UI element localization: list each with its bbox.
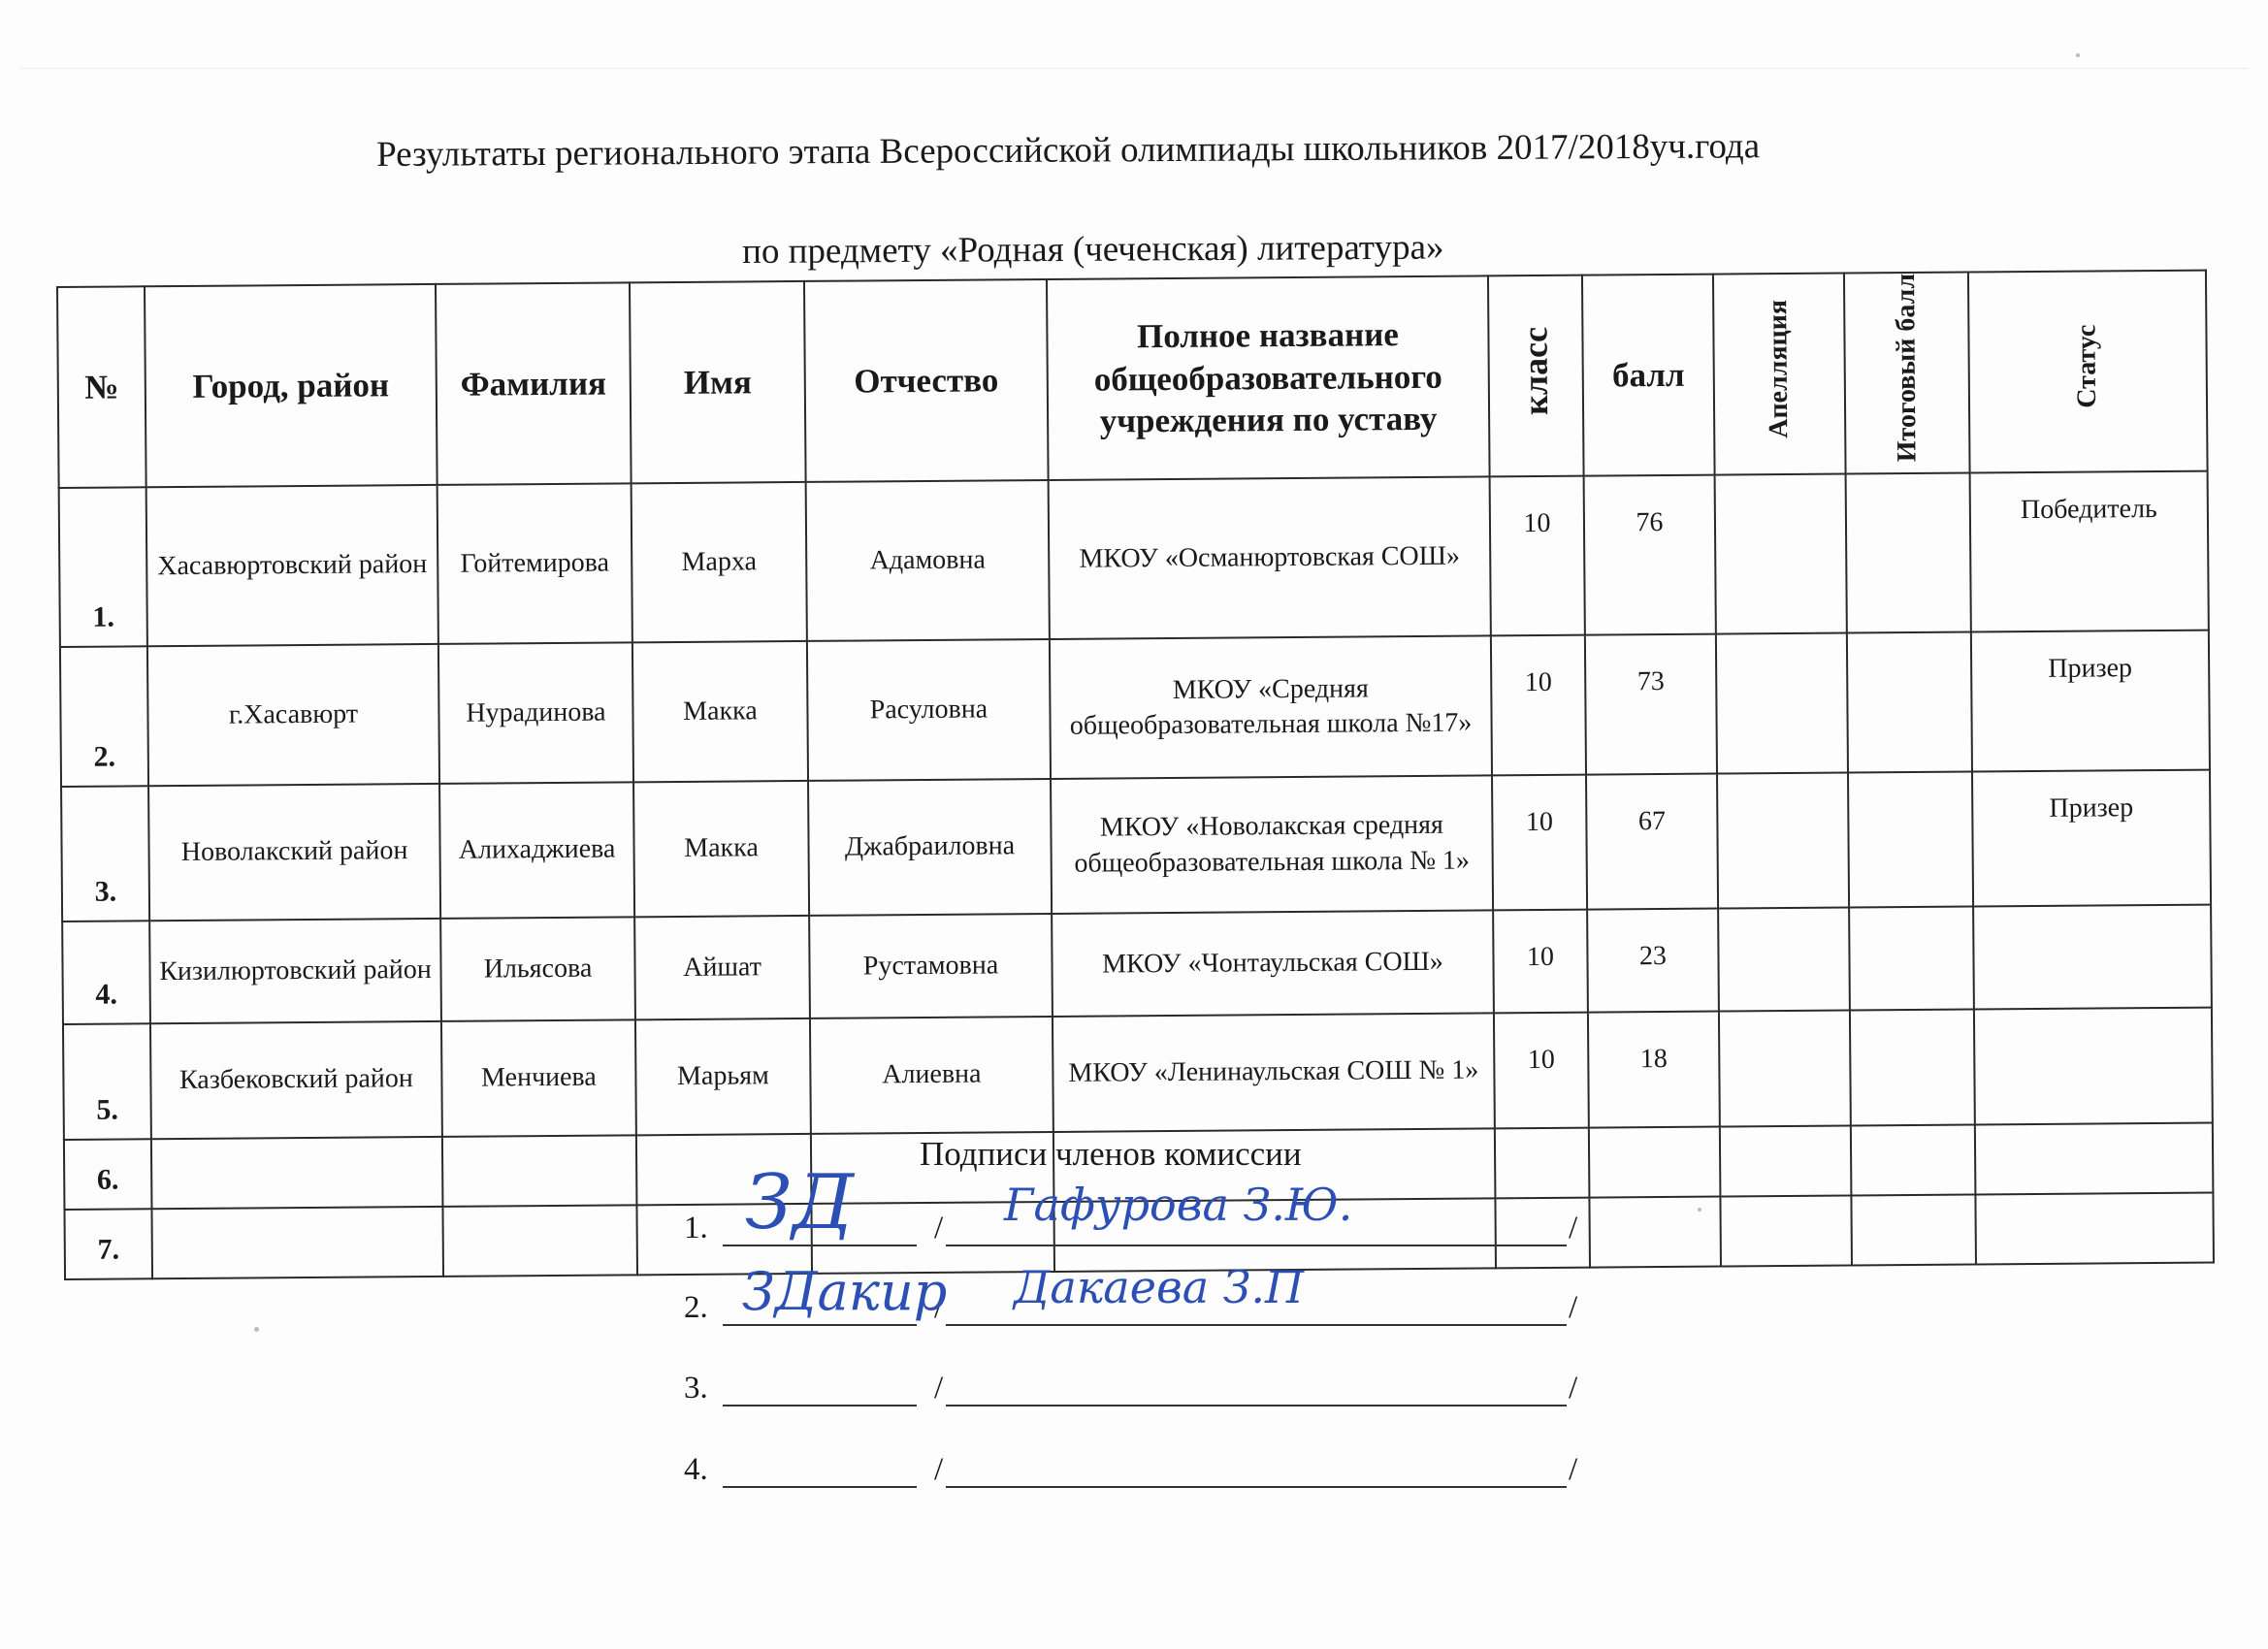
cell-surname: Менчиева: [441, 1019, 636, 1137]
document-subtitle: по предмету «Родная (чеченская) литерату…: [742, 227, 1444, 273]
cell-num: 2.: [60, 646, 148, 787]
cell-final-score: [1850, 1010, 1975, 1126]
cell-final-score: [1848, 772, 1973, 908]
cell-school: МКОУ «Новолакская средняя общеобразовате…: [1051, 775, 1493, 914]
cell-patronymic: Джабраиловна: [808, 779, 1052, 916]
cell-surname: Гойтемирова: [437, 483, 632, 644]
table-row: 5.Казбековский районМенчиеваМарьямАлиевн…: [63, 1008, 2213, 1140]
cell-surname: [442, 1205, 637, 1277]
cell-status: Призер: [1972, 770, 2211, 907]
header-final-score: Итоговый балл: [1844, 273, 1970, 474]
cell-name: Марха: [632, 482, 807, 642]
results-table-wrapper: № Город, район Фамилия Имя Отчество Полн…: [56, 270, 2213, 1280]
cell-surname: Нурадинова: [438, 642, 633, 784]
cell-city: [151, 1207, 443, 1278]
cell-surname: Алихаджиева: [439, 782, 634, 919]
signature-row: 3.//: [684, 1371, 1577, 1406]
signature-index: 4.: [684, 1452, 723, 1488]
name-line: [946, 1375, 1567, 1406]
document-title: Результаты регионального этапа Всероссий…: [376, 125, 1760, 176]
cell-status: Победитель: [1970, 471, 2209, 632]
cell-score: 73: [1585, 634, 1717, 775]
cell-num: 1.: [59, 487, 147, 647]
cell-final-score: [1846, 473, 1971, 633]
separator-slash: /: [934, 1371, 946, 1406]
cell-city: Хасавюртовский район: [146, 485, 438, 646]
cell-surname: [442, 1135, 637, 1207]
cell-num: 5.: [63, 1023, 151, 1140]
table-row: 4.Кизилюртовский районИльясоваАйшатРуста…: [62, 905, 2212, 1024]
name-line: [946, 1457, 1567, 1488]
header-score: балл: [1582, 275, 1715, 476]
cell-appeal: [1719, 1011, 1851, 1127]
table-row: 1.Хасавюртовский районГойтемироваМархаАд…: [59, 471, 2209, 647]
cell-status: [1974, 1008, 2213, 1125]
cell-score: 23: [1587, 909, 1719, 1013]
cell-score: [1589, 1197, 1721, 1268]
signature-line: [723, 1375, 917, 1406]
cell-num: 6.: [64, 1139, 152, 1210]
signatures-title: Подписи членов комиссии: [920, 1135, 1302, 1174]
header-name: Имя: [630, 281, 806, 483]
cell-score: 18: [1588, 1012, 1720, 1128]
cell-grade: 10: [1493, 910, 1588, 1014]
cell-name: Марьям: [635, 1018, 811, 1135]
cell-patronymic: Алиевна: [810, 1017, 1053, 1134]
table-row: 2.г.ХасавюртНурадиноваМаккаРасуловнаМКОУ…: [60, 630, 2210, 787]
results-table: № Город, район Фамилия Имя Отчество Полн…: [56, 270, 2215, 1280]
cell-grade: 10: [1494, 1013, 1589, 1129]
cell-city: [151, 1137, 443, 1209]
cell-score: 67: [1586, 774, 1718, 910]
separator-slash: /: [934, 1452, 946, 1488]
cell-appeal: [1717, 773, 1849, 909]
header-grade: класс: [1488, 275, 1584, 477]
cell-final-score: [1849, 907, 1974, 1011]
cell-patronymic: Расуловна: [807, 639, 1051, 781]
signature-row: 4.//: [684, 1452, 1577, 1488]
cell-appeal: [1715, 474, 1847, 634]
separator-slash: /: [1569, 1211, 1577, 1246]
cell-school: МКОУ «Чонтаульская СОШ»: [1052, 910, 1494, 1017]
cell-name: Макка: [633, 781, 809, 917]
cell-final-score: [1851, 1195, 1976, 1266]
separator-slash: /: [934, 1211, 946, 1246]
separator-slash: /: [1569, 1452, 1577, 1488]
cell-name: Макка: [632, 641, 808, 782]
cell-final-score: [1847, 632, 1972, 773]
table-header-row: № Город, район Фамилия Имя Отчество Полн…: [57, 271, 2208, 488]
header-appeal: Апелляция: [1713, 274, 1846, 475]
cell-appeal: [1720, 1126, 1852, 1197]
header-surname: Фамилия: [436, 282, 632, 485]
table-row: 3.Новолакский районАлихаджиеваМаккаДжабр…: [61, 770, 2211, 921]
cell-school: МКОУ «Османюртовская СОШ»: [1049, 476, 1491, 639]
cell-appeal: [1716, 633, 1848, 774]
cell-city: Новолакский район: [148, 784, 440, 921]
handwritten-name: Дакаева З.П: [1014, 1261, 1304, 1313]
signature-index: 3.: [684, 1371, 723, 1406]
cell-grade: 10: [1492, 775, 1587, 911]
cell-city: г.Хасавюрт: [147, 644, 439, 786]
cell-score: [1589, 1127, 1721, 1198]
scan-speck: [2076, 53, 2080, 57]
cell-city: Казбековский район: [150, 1021, 442, 1139]
cell-school: МКОУ «Средняя общеобразовательная школа …: [1050, 635, 1492, 779]
cell-patronymic: Рустамовна: [809, 914, 1053, 1018]
cell-surname: Ильясова: [440, 917, 635, 1021]
cell-num: 7.: [64, 1209, 152, 1279]
cell-status: [1975, 1123, 2214, 1195]
cell-score: 76: [1584, 475, 1716, 635]
signature-line: [723, 1457, 917, 1488]
cell-status: [1973, 905, 2212, 1010]
cell-final-score: [1851, 1125, 1976, 1196]
cell-grade: [1495, 1128, 1590, 1199]
cell-grade: 10: [1490, 476, 1585, 636]
separator-slash: /: [1569, 1371, 1577, 1406]
cell-patronymic: Адамовна: [806, 480, 1050, 641]
cell-grade: 10: [1491, 635, 1586, 776]
cell-status: [1975, 1193, 2214, 1265]
handwritten-signature: ЗДакир: [742, 1261, 947, 1322]
cell-num: 3.: [61, 786, 149, 921]
scan-speck: [254, 1327, 259, 1332]
handwritten-name: Гафурова З.Ю.: [1004, 1179, 1352, 1231]
signature-index: 2.: [684, 1290, 723, 1326]
header-school: Полное название общеобразовательного учр…: [1047, 275, 1490, 480]
handwritten-signature: ЗД: [745, 1159, 854, 1246]
cell-appeal: [1720, 1196, 1852, 1267]
cell-city: Кизилюртовский район: [149, 919, 441, 1023]
header-patronymic: Отчество: [804, 279, 1049, 482]
header-city: Город, район: [145, 284, 437, 487]
scan-edge-line: [19, 68, 2249, 69]
header-status: Статус: [1968, 271, 2208, 473]
cell-status: Призер: [1971, 630, 2210, 772]
separator-slash: /: [1569, 1290, 1577, 1326]
cell-num: 4.: [62, 921, 150, 1024]
cell-appeal: [1718, 908, 1850, 1012]
header-num: №: [57, 286, 146, 488]
scanned-page: Результаты регионального этапа Всероссий…: [0, 0, 2268, 1649]
cell-school: МКОУ «Ленинаульская СОШ № 1»: [1053, 1013, 1495, 1132]
cell-name: Айшат: [634, 916, 810, 1019]
signature-index: 1.: [684, 1211, 723, 1246]
scan-speck: [1698, 1208, 1701, 1212]
